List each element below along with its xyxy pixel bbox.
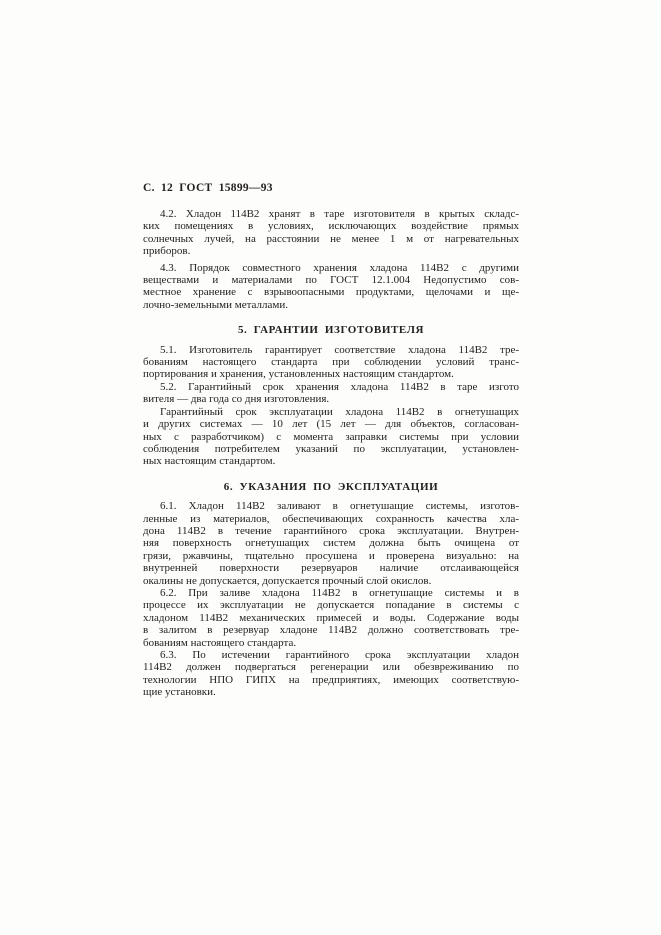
paragraph-4-2: 4.2. Хладон 114В2 хранят в таре изготови… (143, 208, 519, 258)
text-line: 4.3. Порядок совместного хранения хладон… (143, 262, 519, 274)
text-line: 5.2. Гарантийный срок хранения хладона 1… (143, 381, 519, 393)
text-line: ленные из материалов, обеспечивающих сох… (143, 513, 519, 525)
text-line: технологии НПО ГИПХ на предприятиях, име… (143, 674, 519, 686)
text-line: Гарантийный срок эксплуатации хладона 11… (143, 406, 519, 418)
scanned-document-page: С. 12 ГОСТ 15899—93 4.2. Хладон 114В2 хр… (0, 0, 661, 935)
text-line: няя поверхность огнетушащих систем должн… (143, 537, 519, 549)
text-line: 6.1. Хладон 114В2 заливают в огнетушащие… (143, 500, 519, 512)
page-header: С. 12 ГОСТ 15899—93 (143, 182, 519, 195)
text-line: веществами и материалами по ГОСТ 12.1.00… (143, 274, 519, 286)
text-line: дона 114В2 в течение гарантийного срока … (143, 525, 519, 537)
text-line: 114В2 должен подвергаться регенерации ил… (143, 661, 519, 673)
text-line: 5.1. Изготовитель гарантирует соответств… (143, 344, 519, 356)
section-heading-6: 6. УКАЗАНИЯ ПО ЭКСПЛУАТАЦИИ (143, 481, 519, 493)
paragraph-5-2-continued: Гарантийный срок эксплуатации хладона 11… (143, 406, 519, 468)
text-line: процессе их эксплуатации не допускается … (143, 599, 519, 611)
text-line: 4.2. Хладон 114В2 хранят в таре изготови… (143, 208, 519, 220)
text-line: вителя — два года со дня изготовления. (143, 393, 519, 405)
text-line: портирования и хранения, установленных н… (143, 368, 519, 380)
text-line: соблюдения потребителем указаний по эксп… (143, 443, 519, 455)
section-heading-5: 5. ГАРАНТИИ ИЗГОТОВИТЕЛЯ (143, 324, 519, 336)
paragraph-6-2: 6.2. При заливе хладона 114В2 в огнетуша… (143, 587, 519, 649)
text-line: хладоном 114В2 механических примесей и в… (143, 612, 519, 624)
text-line: ких помещениях в условиях, исключающих в… (143, 220, 519, 232)
text-line: приборов. (143, 245, 519, 257)
text-line: 6.3. По истечении гарантийного срока экс… (143, 649, 519, 661)
text-line: ных с разработчиком) с момента заправки … (143, 431, 519, 443)
paragraph-6-3: 6.3. По истечении гарантийного срока экс… (143, 649, 519, 699)
text-line: в залитом в резервуар хладоне 114В2 долж… (143, 624, 519, 636)
text-line: солнечных лучей, на расстоянии не менее … (143, 233, 519, 245)
paragraph-6-1: 6.1. Хладон 114В2 заливают в огнетушащие… (143, 500, 519, 587)
paragraph-4-3: 4.3. Порядок совместного хранения хладон… (143, 262, 519, 312)
text-line: грязи, ржавчины, тщательно просушена и п… (143, 550, 519, 562)
paragraph-5-1: 5.1. Изготовитель гарантирует соответств… (143, 344, 519, 381)
text-line: бованиям настоящего стандарта. (143, 637, 519, 649)
text-line: 6.2. При заливе хладона 114В2 в огнетуша… (143, 587, 519, 599)
text-line: бованиям настоящего стандарта при соблюд… (143, 356, 519, 368)
paragraph-5-2: 5.2. Гарантийный срок хранения хладона 1… (143, 381, 519, 406)
text-line: щие установки. (143, 686, 519, 698)
text-block: С. 12 ГОСТ 15899—93 4.2. Хладон 114В2 хр… (143, 182, 519, 699)
text-line: лочно-земельными металлами. (143, 299, 519, 311)
text-line: внутренней поверхности резервуаров налич… (143, 562, 519, 574)
text-line: окалины не допускается, допускается проч… (143, 575, 519, 587)
text-line: местное хранение с взрывоопасными продук… (143, 286, 519, 298)
text-line: и других системах — 10 лет (15 лет — для… (143, 418, 519, 430)
text-line: ных настоящим стандартом. (143, 455, 519, 467)
